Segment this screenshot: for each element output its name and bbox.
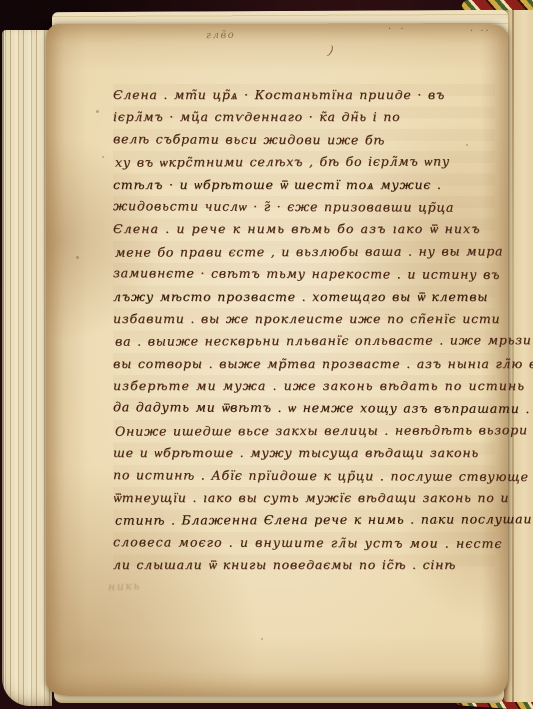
manuscript-line: стѣлъ · и ѡбрѣтоше ѿ шестї тоѧ мужиє .	[113, 174, 495, 196]
manuscript-line: ва . выиже нескврьни пльванїє опльвасте …	[115, 330, 497, 354]
manuscript-line: избавити . вы же проклеисте иже по сп̃ен…	[113, 308, 495, 330]
manuscript-line: стинѣ . Блаженна Єлена рече к нимь . пак…	[115, 509, 497, 533]
manuscript-line: мене бо прави єсте , и вьзлюбы ваша . ну…	[115, 240, 497, 264]
manuscript-line: по истинѣ . Абїє прїидоше к цр̃ци . посл…	[113, 464, 495, 488]
stray-mark: )	[326, 44, 335, 60]
manuscript-line: словеса моєго . и внушите гл̃ы устъ мои …	[113, 531, 495, 555]
manuscript-photo: глв̃о ) · · · ·· Єлена . мт̃и цр̃ѧ · Кос…	[0, 0, 533, 709]
paper-speck	[198, 564, 200, 566]
manuscript-line: да дадуть ми ѿвѣтъ . ѡ немже хощу азъ въ…	[113, 397, 495, 421]
manuscript-line: замивнєте · свѣтъ тьму нарекосте . и ист…	[113, 262, 495, 286]
stray-mark: · ··	[470, 26, 491, 37]
manuscript-line: ху въ ѡкрс̃тними селѣхъ , бѣ бо ієрл̃мъ …	[115, 150, 497, 174]
paper-speck	[102, 156, 104, 158]
manuscript-line: велѣ събрати вьси жидови иже бѣ	[113, 128, 495, 152]
chapter-note: глв̃о	[206, 30, 235, 43]
paper-speck	[96, 110, 99, 113]
paper-speck	[261, 638, 263, 640]
paper-speck	[76, 256, 79, 259]
manuscript-line: вы сотворы . выже мр̃тва прозвасте . азъ…	[113, 353, 495, 375]
manuscript-line: ієрл̃мъ · мц̃а стѵденнаго · к̃а дн̃ь і п…	[113, 106, 495, 128]
paper-speck	[436, 521, 438, 523]
page-stack-edges	[2, 30, 52, 706]
manuscript-line: ѿтнеущїи . ıако вы суть мужїє вѣдащи зак…	[113, 487, 495, 509]
manuscript-line: жидовьсти числѡ · г̃ · єже призовавши цр…	[113, 195, 495, 219]
manuscript-page: глв̃о ) · · · ·· Єлена . мт̃и цр̃ѧ · Кос…	[46, 24, 508, 696]
manuscript-line: Єлена . мт̃и цр̃ѧ · Костаньтїна прииде ·…	[113, 84, 495, 106]
manuscript-text-block: Єлена . мт̃и цр̃ѧ · Костаньтїна прииде ·…	[113, 84, 495, 577]
manuscript-line: изберѣте ми мужа . иже законь вѣдать по …	[113, 375, 495, 397]
manuscript-line: ли слышали ѿ книгы поведаємы по іс̃ѣ . с…	[113, 554, 495, 576]
show-through-note: никь	[108, 579, 141, 593]
stray-mark: · ·	[388, 24, 407, 35]
manuscript-line: ше и ѡбрѣтоше . мужу тысуща вѣдащи закон…	[113, 442, 495, 464]
manuscript-line: Єлена . и рече к нимь вѣмь бо азъ ıако ѿ…	[113, 218, 495, 240]
manuscript-line: Ониже ишедше вьсе закхы велицы . невѣдѣт…	[115, 419, 497, 443]
manuscript-line: лъжу мѣсто прозвасте . хотещаго вы ѿ кле…	[113, 286, 495, 308]
paper-speck	[368, 302, 370, 304]
paper-speck	[466, 144, 468, 146]
